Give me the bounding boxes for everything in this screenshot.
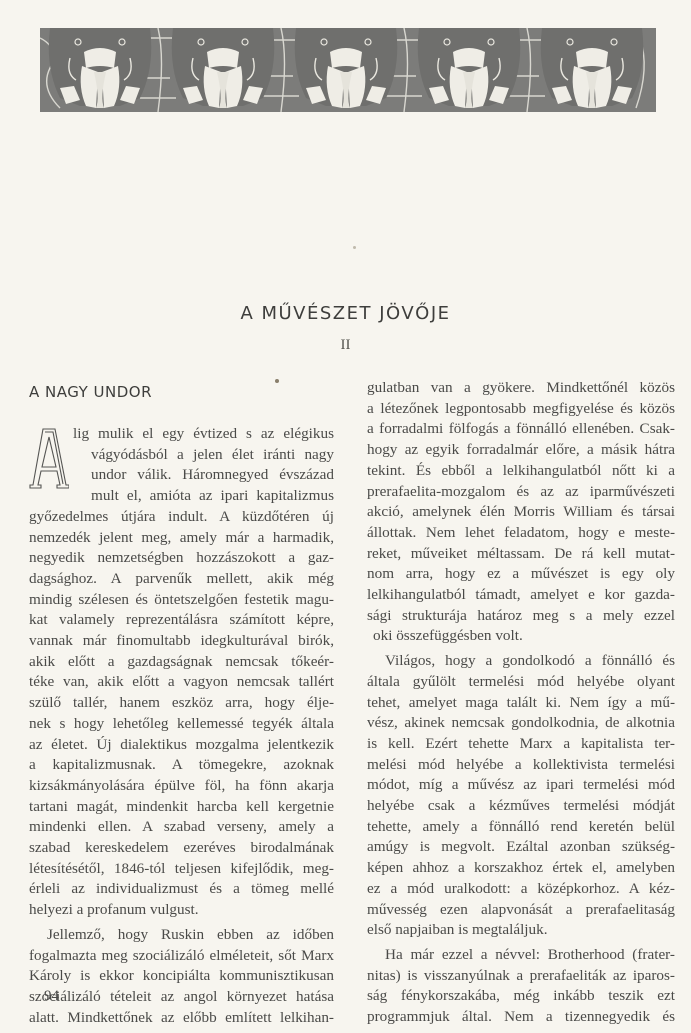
text-line: hogy az egyik forradalmár előre, a másik… xyxy=(367,440,675,461)
text-line: akció, amelynek élén Morris William és t… xyxy=(367,502,675,523)
text-line: létesítésétől, 1846-tól teljesen kifejlő… xyxy=(29,859,334,880)
text-line: lelkihangulatból támadt, amelyet e kor g… xyxy=(367,585,675,606)
text-line: állottak. Nem lehet feladatom, hogy e me… xyxy=(367,523,675,544)
text-line: prerafaelita-mozgalom és az az iparművés… xyxy=(367,482,675,503)
text-line: mindig szélesen és öntetszelgően festeti… xyxy=(29,590,334,611)
text-line: undor válik. Háromnegyed évszázad xyxy=(29,465,334,486)
page-number: 94 xyxy=(44,988,59,1005)
text-line: vágyódásból a jelen élet iránti nagy xyxy=(29,445,334,466)
right-column: gulatban van a gyökere. Mindkettőnél köz… xyxy=(367,378,675,1028)
text-line: szabad kereskedelem ezeréves birodalmána… xyxy=(29,838,334,859)
text-line: tehet, amelyet maga talált ki. Nem így a… xyxy=(367,693,675,714)
text-line: ság fénykorszakába, még inkább teszik ez… xyxy=(367,986,675,1007)
text-line: módot, míg a művész az ipari termelési m… xyxy=(367,775,675,796)
text-line: Világos, hogy a gondolkodó a fönnálló és xyxy=(367,651,675,672)
text-line: kizsákmányolására épülve föl, ha fönn ak… xyxy=(29,776,334,797)
frog-frieze-icon xyxy=(40,28,656,112)
section-heading: A NAGY UNDOR xyxy=(29,383,152,401)
text-line: nemzedék jelent meg, amely már a harmadi… xyxy=(29,528,334,549)
text-line: sági strukturája határoz meg s a mely ez… xyxy=(367,606,675,627)
text-line: győzedelmes útjára indult. A küzdőtéren … xyxy=(29,507,334,528)
text-line: tartani magát, mindenkit harcba kell ker… xyxy=(29,797,334,818)
text-line: képen ahhoz a korszakhoz értek el, amely… xyxy=(367,858,675,879)
text-line: melési mód helyébe a kollektivista terme… xyxy=(367,755,675,776)
text-line: szülő tallér, hanem eszköz arra, hogy él… xyxy=(29,693,334,714)
text-line: a kapitalizmusnak. A tömegekre, azoknak xyxy=(29,755,334,776)
text-line: téke van, akik előtt a vagyon nemcsak ta… xyxy=(29,672,334,693)
part-number: II xyxy=(0,337,691,354)
text-line: tekint. És ebből a lelkihangulatból nőtt… xyxy=(367,461,675,482)
text-line: a létezőnek legpontosabb megfigyelése és… xyxy=(367,399,675,420)
text-line: negyedik nemzetségben hozzászokott a gaz… xyxy=(29,548,334,569)
text-line: programmjuk által. Nem a tizennegyedik é… xyxy=(367,1007,675,1028)
text-line: az életet. Új dialektikus mozgalma jelen… xyxy=(29,735,334,756)
text-line: a forradalmi fölfogás a fönnálló ellenéb… xyxy=(367,419,675,440)
text-line: fogalmazta meg szociálizáló elméleteit, … xyxy=(29,946,334,967)
text-line: is kell. Ezért tehette Marx a kapitalist… xyxy=(367,734,675,755)
text-line: lig mulik el egy évtized s az elégikus xyxy=(29,424,334,445)
text-line: reket, műveiket méltassam. De rá kell mu… xyxy=(367,544,675,565)
text-line: első napjaiban is megtaláljuk. xyxy=(367,920,675,941)
text-line: Károly is ekkor koncipiálta kommunisztik… xyxy=(29,966,334,987)
text-line: nom arra, hogy ez a művészet is egy oly xyxy=(367,564,675,585)
text-line: amúgy is megvolt. Ezáltal azonban szüksé… xyxy=(367,837,675,858)
text-line: művesség ezen alapvonását a prerafaelita… xyxy=(367,900,675,921)
book-page: A MŰVÉSZET JÖVŐJE II A NAGY UNDOR lig mu… xyxy=(0,0,691,1033)
text-line: ez a mód uralkodott: a középkorhoz. A ké… xyxy=(367,879,675,900)
text-line: mindenki ellen. A szabad verseny, amely … xyxy=(29,817,334,838)
scan-speck xyxy=(275,379,279,383)
text-line: kat valamely reprezentálásra számított k… xyxy=(29,610,334,631)
text-line: tehette, amely a fönnálló rend keretén b… xyxy=(367,817,675,838)
text-line: vész, akinek nemcsak gondolkodnia, de al… xyxy=(367,713,675,734)
text-line: alatt. Mindkettőnek az előbb említett le… xyxy=(29,1008,334,1029)
article-title: A MŰVÉSZET JÖVŐJE xyxy=(0,303,691,324)
decorative-banner xyxy=(40,28,656,112)
text-line: nitas) is visszanyúlnak a prerafaeliták … xyxy=(367,966,675,987)
text-line: akik előtt a gazdagságnak nemcsak tőkeér… xyxy=(29,652,334,673)
text-line: szociálizáló tételeit az angol környezet… xyxy=(29,987,334,1008)
text-line: vannak már finomultabb idegkulturával bi… xyxy=(29,631,334,652)
text-line: Jellemző, hogy Ruskin ebben az időben xyxy=(29,925,334,946)
left-column: lig mulik el egy évtized s az elégikus v… xyxy=(29,424,334,1028)
text-line: nek s hogy lehetőleg kellemessé tegyék á… xyxy=(29,714,334,735)
text-line: helyébe csak a kézműves termelési módját xyxy=(367,796,675,817)
text-line: érleli az individualizmust és a tömeg me… xyxy=(29,879,334,900)
text-line: általa gyűlölt termelési mód helyébe oly… xyxy=(367,672,675,693)
text-line: helyezi a profanum vulgust. xyxy=(29,900,334,921)
text-line: mult el, amióta az ipari kapitalizmus xyxy=(29,486,334,507)
text-line: oki összefüggésben volt. xyxy=(367,626,675,647)
text-line: Ha már ezzel a névvel: Brotherhood (frat… xyxy=(367,945,675,966)
text-line: dagsághoz. A parvenűk mellett, akik még xyxy=(29,569,334,590)
scan-speck xyxy=(353,246,356,249)
text-line: gulatban van a gyökere. Mindkettőnél köz… xyxy=(367,378,675,399)
